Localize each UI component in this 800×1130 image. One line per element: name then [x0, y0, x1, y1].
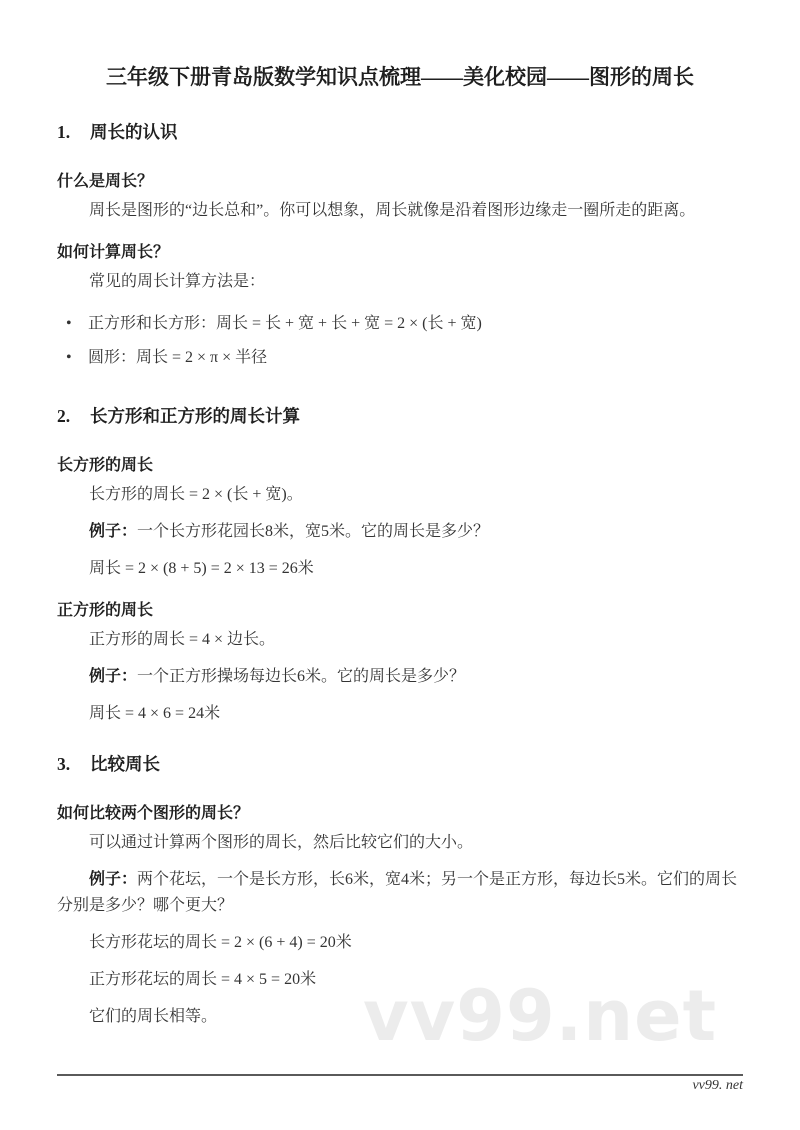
subheading-how-to-calc: 如何计算周长？: [57, 240, 743, 266]
paragraph: 它们的周长相等。: [57, 1004, 743, 1030]
formula: 正方形的周长 = 4 × 边长。: [57, 627, 743, 653]
footer-divider: [57, 1074, 743, 1076]
bullet-list: 正方形和长方形：周长 = 长 + 宽 + 长 + 宽 = 2 × (长 + 宽)…: [57, 311, 743, 379]
formula: 正方形花坛的周长 = 4 × 5 = 20米: [57, 967, 743, 993]
example-text: 两个花坛，一个是长方形，长6米，宽4米；另一个是正方形，每边长5米。它们的周长分…: [57, 871, 737, 914]
list-item: 圆形：周长 = 2 × π × 半径: [57, 345, 743, 371]
section-heading-2: 2. 长方形和正方形的周长计算: [57, 404, 743, 428]
example-label: 例子：: [89, 523, 137, 540]
formula: 长方形的周长 = 2 × (长 + 宽)。: [57, 482, 743, 508]
example-paragraph: 例子：两个花坛，一个是长方形，长6米，宽4米；另一个是正方形，每边长5米。它们的…: [57, 867, 743, 919]
example-label: 例子：: [89, 871, 137, 888]
formula: 长方形花坛的周长 = 2 × (6 + 4) = 20米: [57, 930, 743, 956]
paragraph: 可以通过计算两个图形的周长，然后比较它们的大小。: [57, 830, 743, 856]
section-number: 1.: [57, 120, 90, 144]
page-title: 三年级下册青岛版数学知识点梳理——美化校园——图形的周长: [57, 63, 743, 91]
page-footer: vv99. net: [57, 1074, 743, 1095]
section-title: 长方形和正方形的周长计算: [90, 404, 300, 428]
section-title: 周长的认识: [90, 120, 178, 144]
formula: 周长 = 4 × 6 = 24米: [57, 701, 743, 727]
paragraph: 周长是图形的“边长总和”。你可以想象，周长就像是沿着图形边缘走一圈所走的距离。: [57, 198, 743, 224]
list-item: 正方形和长方形：周长 = 长 + 宽 + 长 + 宽 = 2 × (长 + 宽): [57, 311, 743, 337]
footer-site-label: vv99. net: [57, 1077, 743, 1095]
subheading-rect-perimeter: 长方形的周长: [57, 453, 743, 479]
paragraph: 常见的周长计算方法是：: [57, 269, 743, 295]
example-text: 一个长方形花园长8米，宽5米。它的周长是多少？: [137, 523, 489, 540]
section-heading-1: 1. 周长的认识: [57, 120, 743, 144]
example-paragraph: 例子：一个长方形花园长8米，宽5米。它的周长是多少？: [57, 519, 743, 545]
document-page: 三年级下册青岛版数学知识点梳理——美化校园——图形的周长 1. 周长的认识 什么…: [0, 0, 800, 1036]
example-label: 例子：: [89, 668, 137, 685]
section-number: 2.: [57, 404, 90, 428]
example-paragraph: 例子：一个正方形操场每边长6米。它的周长是多少？: [57, 664, 743, 690]
section-number: 3.: [57, 752, 90, 776]
formula: 周长 = 2 × (8 + 5) = 2 × 13 = 26米: [57, 556, 743, 582]
section-heading-3: 3. 比较周长: [57, 752, 743, 776]
subheading-compare-perimeter: 如何比较两个图形的周长？: [57, 801, 743, 827]
example-text: 一个正方形操场每边长6米。它的周长是多少？: [137, 668, 465, 685]
subheading-square-perimeter: 正方形的周长: [57, 598, 743, 624]
subheading-what-is-perimeter: 什么是周长？: [57, 169, 743, 195]
section-title: 比较周长: [90, 752, 160, 776]
